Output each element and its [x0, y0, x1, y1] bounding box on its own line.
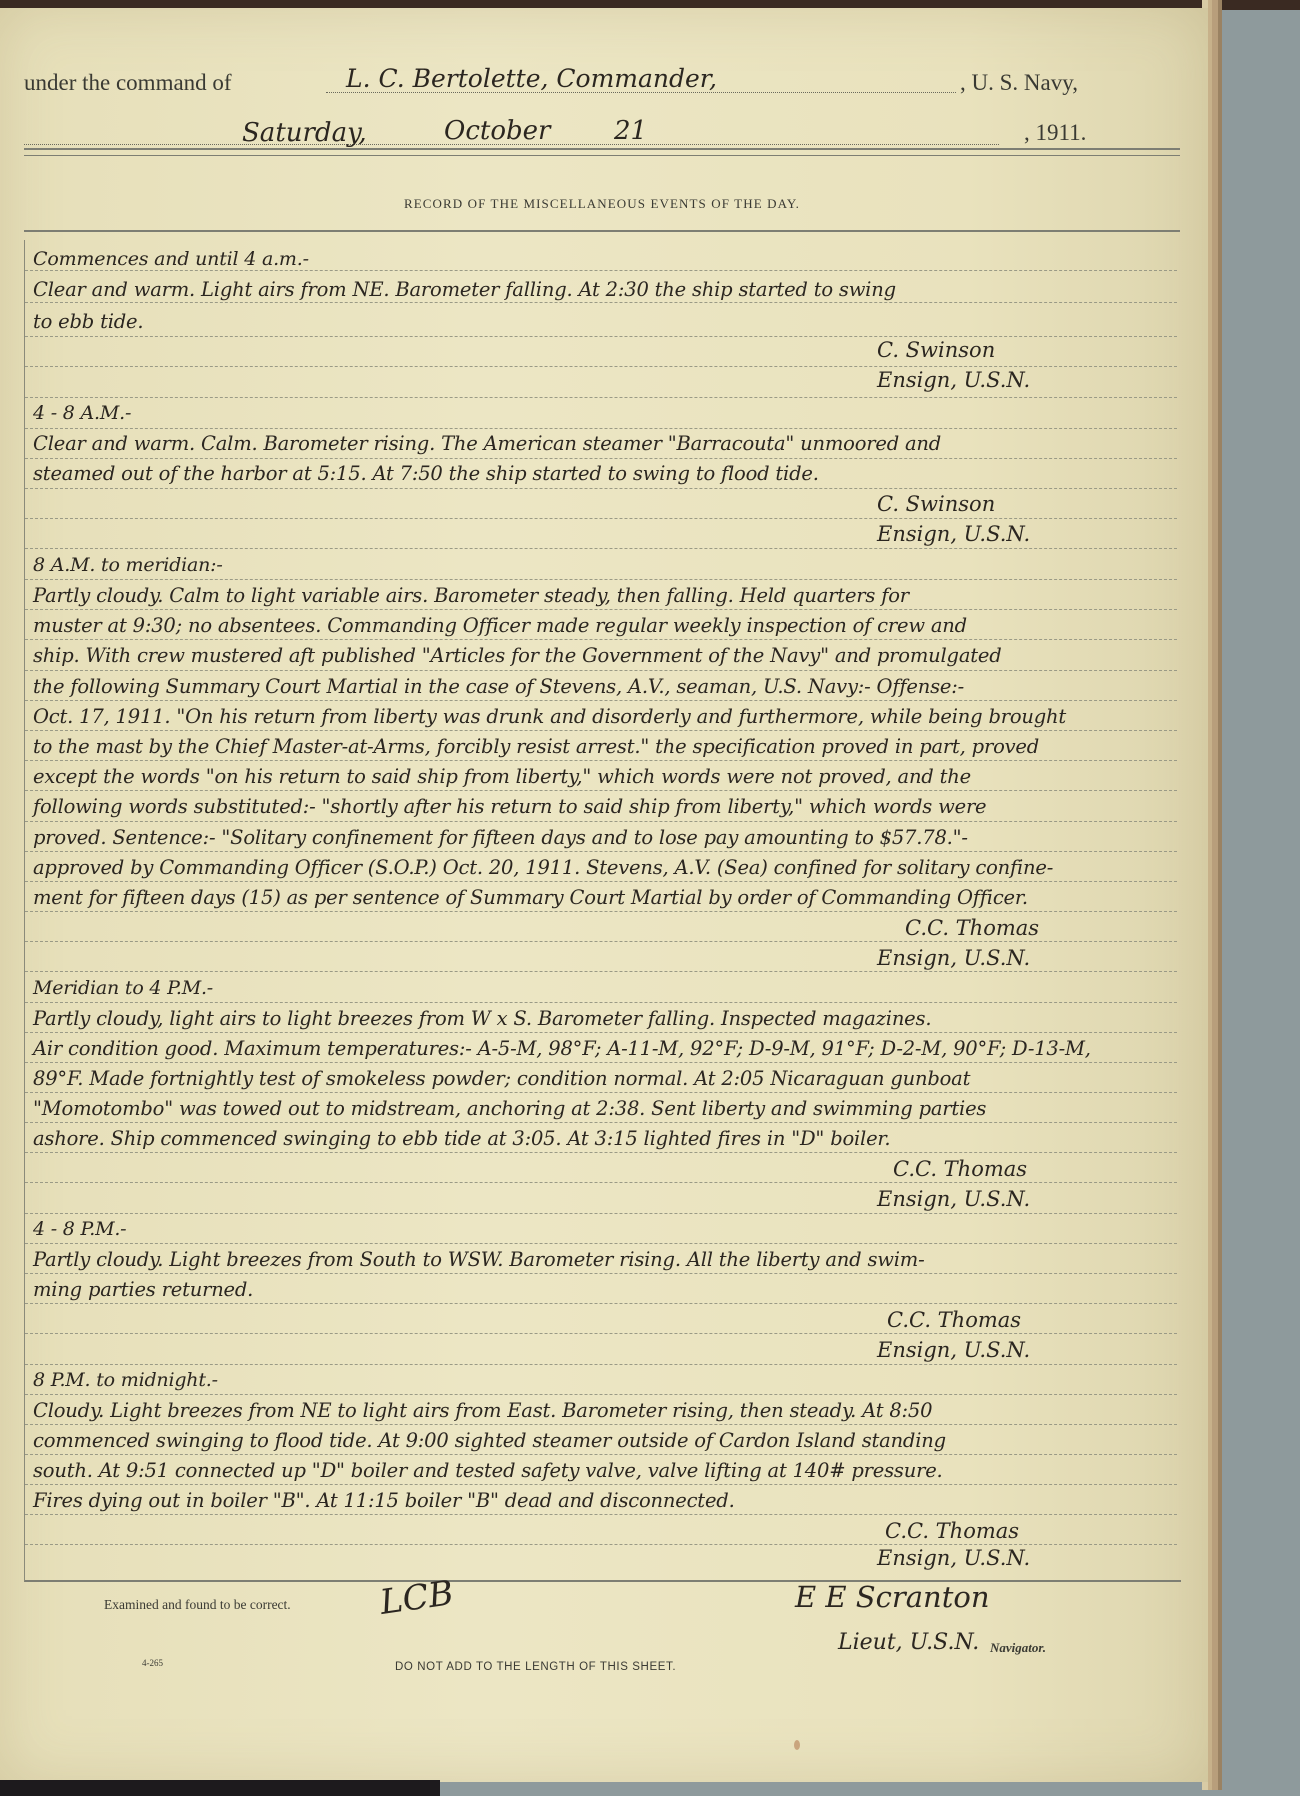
ruled-line	[25, 1032, 1177, 1033]
ruled-line	[25, 941, 1177, 942]
ruled-line	[25, 821, 1177, 822]
ruled-line	[25, 790, 1177, 791]
ruled-line	[25, 336, 1177, 337]
ruled-line	[25, 971, 1177, 972]
ruled-line	[25, 397, 1177, 398]
watch-heading: 4 - 8 A.M.-	[33, 402, 131, 424]
officer-rank: Ensign, U.S.N.	[877, 1546, 1030, 1570]
officer-signature: C.C. Thomas	[893, 1157, 1027, 1181]
ruled-line	[25, 1152, 1177, 1153]
entry-line: ment for fifteen days (15) as per senten…	[33, 886, 1028, 909]
ruled-line	[25, 1544, 1177, 1545]
officer-rank: Ensign, U.S.N.	[877, 1187, 1030, 1211]
officer-rank: Ensign, U.S.N.	[877, 1338, 1030, 1362]
officer-signature: C. Swinson	[877, 492, 995, 516]
entry-line: approved by Commanding Officer (S.O.P.) …	[33, 856, 1053, 879]
officer-signature: C. Swinson	[877, 338, 995, 362]
ruled-line	[25, 1303, 1177, 1304]
logbook-page: under the command of L. C. Bertolette, C…	[0, 8, 1208, 1782]
watch-heading: 4 - 8 P.M.-	[33, 1218, 126, 1240]
book-cover-bottom	[0, 1780, 440, 1796]
ruled-line	[25, 670, 1177, 671]
entry-line: Clear and warm. Light airs from NE. Baro…	[33, 278, 896, 301]
entry-line: following words substituted:- "shortly a…	[33, 795, 986, 818]
entry-line: Partly cloudy, light airs to light breez…	[33, 1007, 931, 1030]
section-divider	[24, 230, 1180, 232]
entry-line: Cloudy. Light breezes from NE to light a…	[33, 1399, 932, 1422]
officer-signature: C.C. Thomas	[885, 1519, 1019, 1543]
header-divider	[24, 148, 1180, 156]
ruled-line	[25, 1273, 1177, 1274]
entry-line: steamed out of the harbor at 5:15. At 7:…	[33, 462, 819, 485]
entry-line: the following Summary Court Martial in t…	[33, 675, 964, 698]
month: October	[444, 116, 550, 146]
service-suffix: , U. S. Navy,	[960, 70, 1078, 96]
paper-stain	[794, 1740, 800, 1750]
officer-signature: C.C. Thomas	[887, 1308, 1021, 1332]
log-record-area: Commences and until 4 a.m.- Clear and wa…	[24, 240, 1181, 1582]
entry-line: except the words "on his return to said …	[33, 765, 971, 788]
ruled-line	[25, 366, 1177, 367]
ruled-line	[25, 1333, 1177, 1334]
command-prefix: under the command of	[24, 70, 232, 96]
ruled-line	[25, 1122, 1177, 1123]
examiner-initials: LCB	[378, 1573, 456, 1623]
form-number: 4-265	[142, 1658, 163, 1668]
page-stack-edge	[1218, 0, 1222, 1790]
length-warning: DO NOT ADD TO THE LENGTH OF THIS SHEET.	[395, 1661, 676, 1673]
entry-line: 89°F. Made fortnightly test of smokeless…	[33, 1067, 970, 1090]
officer-signature: C.C. Thomas	[905, 916, 1039, 940]
entry-line: proved. Sentence:- "Solitary confinement…	[33, 826, 968, 849]
ruled-line	[25, 1092, 1177, 1093]
ruled-line	[25, 609, 1177, 610]
year: , 1911.	[1024, 120, 1086, 146]
ruled-line	[25, 488, 1177, 489]
ruled-line	[25, 579, 1177, 580]
ruled-line	[25, 1424, 1177, 1425]
entry-line: ming parties returned.	[33, 1278, 253, 1301]
ruled-line	[25, 1484, 1177, 1485]
ruled-line	[25, 518, 1177, 519]
ruled-line	[25, 1514, 1177, 1515]
examined-statement: Examined and found to be correct.	[104, 1597, 291, 1613]
section-title: RECORD OF THE MISCELLANEOUS EVENTS OF TH…	[0, 196, 1204, 212]
watch-heading: 8 A.M. to meridian:-	[33, 554, 223, 576]
ruled-line	[25, 1364, 1177, 1365]
entry-line: to ebb tide.	[33, 310, 143, 333]
entry-line: commenced swinging to flood tide. At 9:0…	[33, 1429, 946, 1452]
ruled-line	[25, 1062, 1177, 1063]
ruled-line	[25, 1454, 1177, 1455]
entry-line: Air condition good. Maximum temperatures…	[33, 1037, 1091, 1060]
ruled-line	[25, 639, 1177, 640]
entry-line: to the mast by the Chief Master-at-Arms,…	[33, 735, 1039, 758]
entry-line: Oct. 17, 1911. "On his return from liber…	[33, 705, 1066, 728]
officer-rank: Ensign, U.S.N.	[877, 946, 1030, 970]
ruled-line	[25, 1243, 1177, 1244]
ruled-line	[25, 548, 1177, 549]
entry-line: south. At 9:51 connected up "D" boiler a…	[33, 1459, 943, 1482]
watch-heading: Commences and until 4 a.m.-	[33, 248, 309, 270]
entry-line: ashore. Ship commenced swinging to ebb t…	[33, 1127, 890, 1150]
navigator-signature: E E Scranton	[795, 1580, 990, 1614]
entry-line: Clear and warm. Calm. Barometer rising. …	[33, 432, 941, 455]
entry-line: ship. With crew mustered aft published "…	[33, 644, 1002, 667]
day-of-week: Saturday,	[242, 118, 367, 148]
entry-line: Partly cloudy. Light breezes from South …	[33, 1248, 924, 1271]
ruled-line	[25, 911, 1177, 912]
ruled-line	[25, 270, 1177, 271]
ruled-line	[25, 428, 1177, 429]
day-number: 21	[614, 116, 647, 146]
entry-line: "Momotombo" was towed out to midstream, …	[33, 1097, 986, 1120]
ruled-line	[25, 881, 1177, 882]
ruled-line	[25, 1394, 1177, 1395]
ruled-line	[25, 1182, 1177, 1183]
ruled-line	[25, 760, 1177, 761]
ruled-line	[25, 458, 1177, 459]
officer-rank: Ensign, U.S.N.	[877, 368, 1030, 392]
entry-line: muster at 9:30; no absentees. Commanding…	[33, 614, 967, 637]
ruled-line	[25, 730, 1177, 731]
watch-heading: Meridian to 4 P.M.-	[33, 977, 213, 999]
navigator-rank: Lieut, U.S.N.	[838, 1630, 979, 1655]
navigator-label: Navigator.	[990, 1640, 1046, 1656]
entry-line: Partly cloudy. Calm to light variable ai…	[33, 584, 909, 607]
ruled-line	[25, 1213, 1177, 1214]
commander-name: L. C. Bertolette, Commander,	[346, 64, 717, 93]
ruled-line	[25, 700, 1177, 701]
ruled-line	[25, 302, 1177, 303]
ruled-line	[25, 851, 1177, 852]
watch-heading: 8 P.M. to midnight.-	[33, 1369, 218, 1391]
officer-rank: Ensign, U.S.N.	[877, 522, 1030, 546]
ruled-line	[25, 1002, 1177, 1003]
entry-line: Fires dying out in boiler "B". At 11:15 …	[33, 1489, 735, 1512]
